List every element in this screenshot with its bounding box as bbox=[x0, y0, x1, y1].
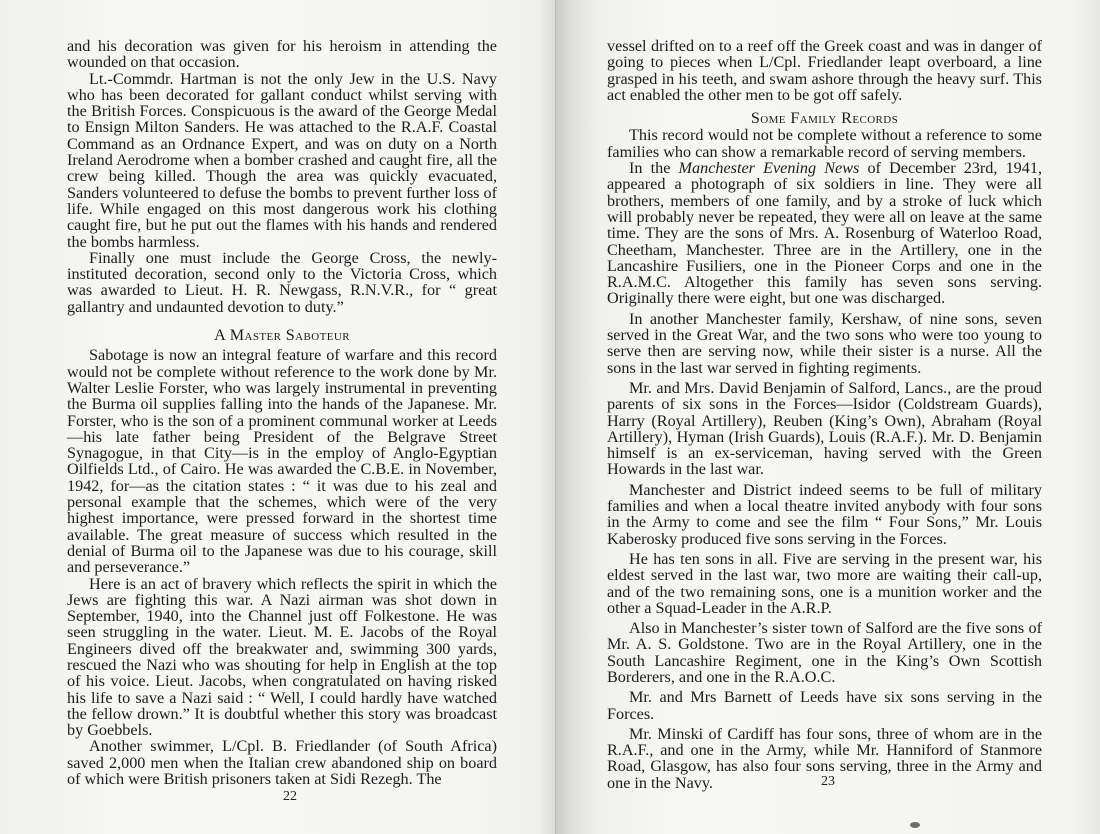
paragraph: This record would not be complete withou… bbox=[607, 127, 1042, 160]
paragraph: Mr. and Mrs Barnett of Leeds have six so… bbox=[607, 689, 1042, 722]
paragraph: Manchester and District indeed seems to … bbox=[607, 482, 1042, 547]
paragraph: He has ten sons in all. Five are serving… bbox=[607, 551, 1042, 616]
paragraph: Finally one must include the George Cros… bbox=[67, 250, 497, 315]
right-page-body: vessel drifted on to a reef off the Gree… bbox=[607, 38, 1042, 791]
text-span: of December 23rd, 1941, appeared a photo… bbox=[607, 159, 1042, 307]
section-heading: A Master Saboteur bbox=[67, 327, 497, 343]
paragraph: Mr. and Mrs. David Benjamin of Salford, … bbox=[607, 380, 1042, 478]
paragraph: In another Manchester family, Kershaw, o… bbox=[607, 311, 1042, 376]
right-page: vessel drifted on to a reef off the Gree… bbox=[555, 0, 1100, 834]
left-page-body: and his decoration was given for his her… bbox=[67, 38, 497, 787]
book-spread: and his decoration was given for his her… bbox=[0, 0, 1100, 834]
book-gutter bbox=[555, 0, 556, 834]
paragraph: Here is an act of bravery which reflects… bbox=[67, 576, 497, 739]
paragraph: Lt.-Commdr. Hartman is not the only Jew … bbox=[67, 71, 497, 250]
newspaper-title: Manchester Evening News bbox=[679, 159, 860, 177]
page-number: 22 bbox=[270, 789, 310, 805]
paragraph: Also in Manchester’s sister town of Salf… bbox=[607, 620, 1042, 685]
paragraph: Another swimmer, L/Cpl. B. Friedlander (… bbox=[67, 738, 497, 787]
paragraph: vessel drifted on to a reef off the Gree… bbox=[607, 38, 1042, 103]
section-heading: Some Family Records bbox=[607, 110, 1042, 126]
text-span: In the bbox=[629, 159, 679, 177]
paragraph: Sabotage is now an integral feature of w… bbox=[67, 347, 497, 575]
ink-speck bbox=[910, 822, 920, 828]
page-number: 23 bbox=[808, 774, 848, 790]
left-page: and his decoration was given for his her… bbox=[0, 0, 555, 834]
paragraph: and his decoration was given for his her… bbox=[67, 38, 497, 71]
paragraph: In the Manchester Evening News of Decemb… bbox=[607, 160, 1042, 307]
